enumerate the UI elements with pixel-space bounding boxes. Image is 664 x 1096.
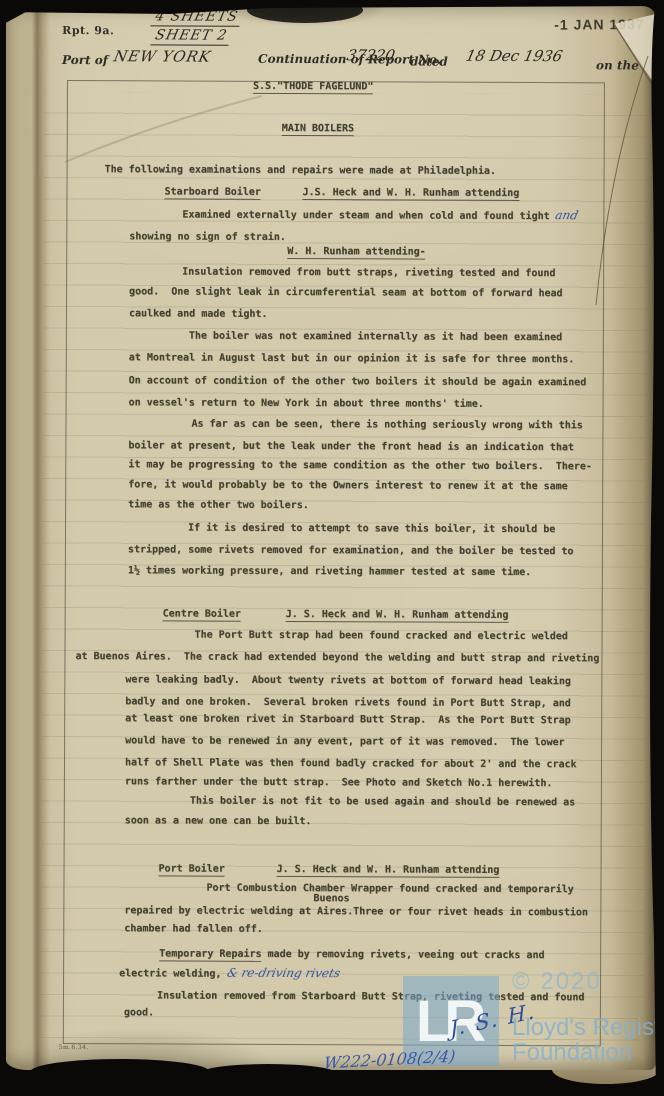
doc-line: good. One slight leak in circumferential… [129, 286, 563, 299]
doc-text: S.S."THODE FAGELUND" [253, 81, 373, 95]
on-the-label: on the [596, 58, 639, 72]
doc-text: The following examinations and repairs w… [105, 164, 496, 177]
document-lines: S.S."THODE FAGELUND"MAIN BOILERSThe foll… [6, 6, 656, 9]
doc-text: J.S. Heck and W. H. Runham attending [302, 187, 519, 201]
doc-line: at Montreal in August last but in our op… [129, 352, 575, 365]
doc-line: stripped, some rivets removed for examin… [128, 544, 574, 557]
doc-text: As far as can be seen, there is nothing … [191, 419, 582, 432]
handwritten-insertion: & re-driving rivets [226, 968, 341, 979]
doc-text: Port Boiler [159, 863, 225, 876]
doc-text: Buenos [313, 893, 349, 904]
doc-line: badly and one broken. Several broken riv… [125, 696, 571, 709]
watermark-org-line2: Foundation [512, 1039, 632, 1067]
doc-text: good. One slight leak in circumferential… [129, 286, 563, 299]
doc-line: Starboard BoilerJ.S. Heck and W. H. Runh… [164, 186, 260, 197]
doc-line: Examined externally under steam and when… [182, 209, 578, 223]
doc-text: Centre Boiler [163, 608, 241, 621]
doc-text: W. H. Runham attending- [287, 246, 426, 260]
doc-text: stripped, some rivets removed for examin… [128, 544, 574, 557]
doc-text: The Port Butt strap had been found crack… [195, 630, 568, 643]
doc-text: MAIN BOILERS [282, 123, 354, 136]
doc-text: Examined externally under steam and when… [182, 210, 549, 223]
doc-line: chamber had fallen off. [124, 923, 263, 935]
doc-text: good. [124, 1007, 154, 1018]
doc-line: As far as can be seen, there is nothing … [191, 419, 582, 432]
doc-text: badly and one broken. Several broken riv… [125, 696, 571, 709]
print-code: 5m.6.34. [59, 1044, 89, 1051]
doc-line: soon as a new one can be built. [125, 815, 312, 827]
doc-text: If it is desired to attempt to save this… [188, 523, 555, 536]
rpt-label: Rpt. 9a. [62, 24, 114, 37]
doc-line: Port BoilerJ. S. Heck and W. H. Runham a… [159, 863, 225, 874]
doc-line: were leaking badly. About twenty rivets … [125, 674, 571, 687]
doc-line: good. [124, 1007, 154, 1018]
doc-line: S.S."THODE FAGELUND" [253, 81, 373, 93]
port-label: Port of [62, 53, 108, 67]
copyright-watermark: © 2020 [512, 968, 602, 996]
doc-line: half of Shell Plate was then found badly… [125, 757, 577, 770]
doc-text: soon as a new one can be built. [125, 815, 312, 827]
doc-line: Port Combustion Chamber Wrapper found cr… [206, 883, 573, 896]
doc-line: it may be progressing to the same condit… [128, 459, 592, 472]
doc-text: repaired by electric welding at Aires.Th… [124, 905, 588, 918]
doc-line: showing no sign of strain. [129, 231, 286, 243]
doc-line: This boiler is not fit to be used again … [190, 796, 575, 809]
doc-text: The boiler was not examined internally a… [189, 331, 562, 344]
doc-text: on vessel's return to New York in about … [129, 397, 484, 410]
doc-line: boiler at present, but the leak under th… [128, 440, 574, 453]
doc-line: W. H. Runham attending- [287, 246, 426, 258]
doc-text: 1½ times working pressure, and riveting … [128, 565, 531, 578]
doc-text: Starboard Boiler [164, 186, 260, 199]
doc-line: Buenos [313, 893, 349, 904]
date-stamp: -1 JAN 1937 [554, 16, 644, 33]
doc-text: were leaking badly. About twenty rivets … [125, 674, 571, 687]
doc-text: would have to be renewed in any event, p… [125, 735, 565, 748]
doc-text: Insulation removed from butt straps, riv… [182, 267, 555, 280]
doc-text: at Montreal in August last but in our op… [129, 352, 575, 365]
port-value-handwritten: NEW YORK [112, 47, 213, 65]
doc-line: Centre BoilerJ. S. Heck and W. H. Runham… [163, 608, 241, 619]
doc-line: 1½ times working pressure, and riveting … [128, 565, 531, 578]
doc-text: chamber had fallen off. [124, 923, 263, 935]
document-page: Rpt. 9a. 4 SHEETS SHEET 2 -1 JAN 1937 Po… [6, 6, 656, 1070]
doc-line: on vessel's return to New York in about … [129, 397, 484, 410]
sheets-note-line2: SHEET 2 [150, 27, 232, 45]
doc-line: MAIN BOILERS [282, 123, 354, 134]
doc-line: electric welding,& re-driving rivets [119, 967, 340, 980]
doc-line: at least one broken rivet in Starboard B… [125, 713, 571, 726]
doc-text: at least one broken rivet in Starboard B… [125, 713, 571, 726]
doc-line: The following examinations and repairs w… [105, 164, 496, 177]
doc-line: time as the other two boilers. [128, 499, 309, 511]
doc-line: runs farther under the butt strap. See P… [125, 776, 553, 789]
report-number-handwritten: 37220 [345, 46, 397, 64]
dated-label: dated [410, 55, 448, 69]
doc-text: runs farther under the butt strap. See P… [125, 776, 553, 789]
doc-text: caulked and made tight. [129, 308, 268, 320]
doc-line: caulked and made tight. [129, 308, 268, 320]
doc-text: half of Shell Plate was then found badly… [125, 757, 577, 770]
doc-text: Temporary Repairs [159, 948, 261, 961]
doc-text: made by removing rivets, veeing out crac… [262, 949, 545, 961]
doc-line: The boiler was not examined internally a… [189, 331, 562, 344]
doc-text: boiler at present, but the leak under th… [128, 440, 574, 453]
doc-line: The Port Butt strap had been found crack… [195, 630, 568, 643]
doc-text: J. S. Heck and W. H. Runham attending [277, 864, 500, 878]
doc-line: repaired by electric welding at Aires.Th… [124, 905, 588, 918]
handwritten-insertion: and [554, 210, 579, 221]
doc-text: at Buenos Aires. The crack had extended … [75, 651, 599, 664]
doc-line: If it is desired to attempt to save this… [188, 523, 555, 536]
doc-line: would have to be renewed in any event, p… [125, 735, 565, 748]
doc-line: at Buenos Aires. The crack had extended … [75, 651, 599, 664]
doc-text: electric welding, [119, 968, 221, 979]
doc-line: Temporary Repairs made by removing rivet… [159, 948, 544, 961]
doc-text: J. S. Heck and W. H. Runham attending [286, 609, 509, 623]
doc-text: it may be progressing to the same condit… [128, 459, 592, 472]
sheets-note-line1: 4 SHEETS [150, 8, 242, 26]
doc-text: On account of condition of the other two… [129, 375, 587, 388]
doc-text: This boiler is not fit to be used again … [190, 796, 575, 809]
date-value-handwritten: 18 Dec 1936 [464, 47, 564, 65]
doc-line: fore, it would probably be to the Owners… [128, 479, 568, 492]
doc-text: fore, it would probably be to the Owners… [128, 479, 568, 492]
scanned-report-photo: { "header": { "rpt_label": "Rpt. 9a.", "… [0, 0, 664, 1096]
doc-line: Insulation removed from butt straps, riv… [182, 267, 555, 280]
doc-text: time as the other two boilers. [128, 499, 309, 511]
doc-text: showing no sign of strain. [129, 231, 286, 243]
doc-line: On account of condition of the other two… [129, 375, 587, 388]
doc-text: Port Combustion Chamber Wrapper found cr… [206, 883, 573, 896]
page-content: Rpt. 9a. 4 SHEETS SHEET 2 -1 JAN 1937 Po… [2, 6, 657, 1073]
